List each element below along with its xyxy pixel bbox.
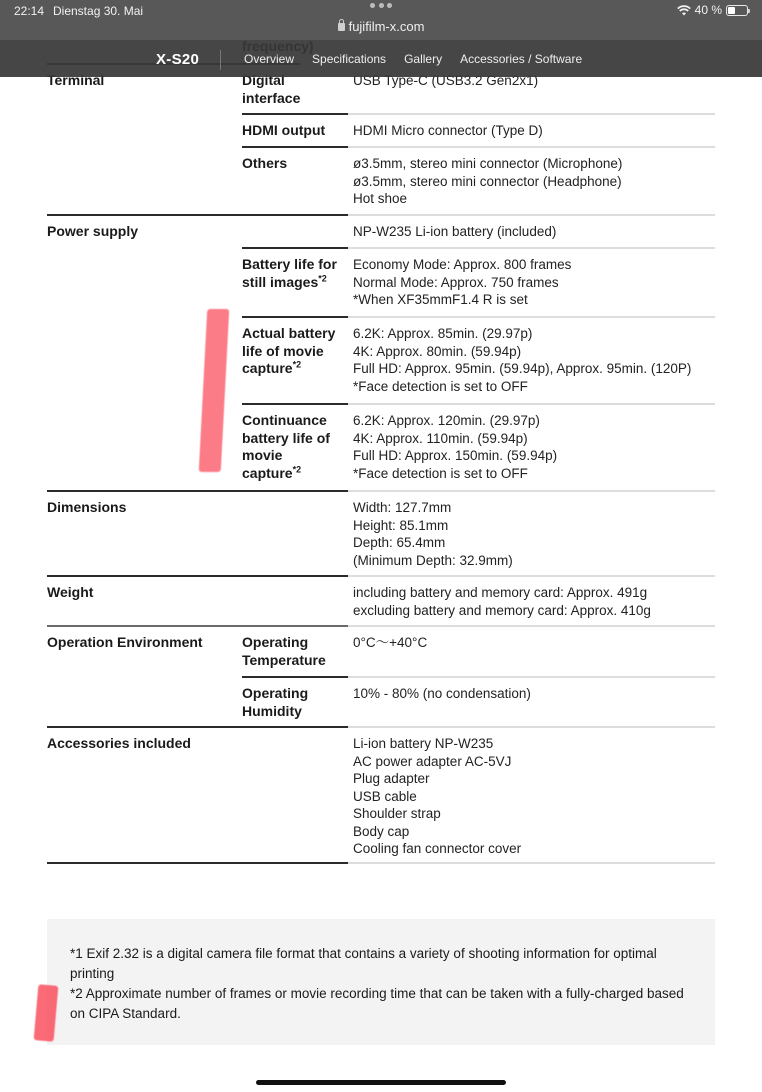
nav-accessories-software[interactable]: Accessories / Software bbox=[460, 52, 582, 66]
nav-specifications[interactable]: Specifications bbox=[312, 52, 386, 66]
spec-value: Li-ion battery NP-W235 AC power adapter … bbox=[353, 735, 521, 858]
spec-value: 6.2K: Approx. 85min. (29.97p) 4K: Approx… bbox=[353, 325, 691, 395]
value-line: including battery and memory card: Appro… bbox=[353, 584, 651, 602]
value-line: *Face detection is set to OFF bbox=[353, 465, 557, 483]
row-divider bbox=[242, 247, 348, 249]
address-bar[interactable]: fujifilm-x.com bbox=[0, 19, 762, 34]
row-divider bbox=[47, 490, 348, 492]
sub-label: Others bbox=[242, 155, 342, 173]
value-line: (Minimum Depth: 32.9mm) bbox=[353, 552, 513, 570]
row-divider bbox=[348, 676, 715, 678]
footnotes-box: *1 Exif 2.32 is a digital camera file fo… bbox=[47, 919, 715, 1045]
footnote-1: *1 Exif 2.32 is a digital camera file fo… bbox=[70, 944, 690, 984]
value-line: Width: 127.7mm bbox=[353, 499, 513, 517]
date: Dienstag 30. Mai bbox=[53, 4, 143, 18]
spec-value: ø3.5mm, stereo mini connector (Microphon… bbox=[353, 155, 622, 208]
lock-icon bbox=[338, 23, 345, 31]
spec-label: Dimensions bbox=[47, 499, 126, 517]
home-indicator[interactable] bbox=[256, 1080, 506, 1085]
row-divider bbox=[348, 862, 715, 864]
highlighter-mark bbox=[199, 309, 230, 472]
footnote-2: *2 Approximate number of frames or movie… bbox=[70, 984, 690, 1024]
url-text: fujifilm-x.com bbox=[349, 19, 425, 34]
row-divider bbox=[348, 247, 715, 249]
more-dots-icon[interactable] bbox=[370, 3, 392, 8]
row-divider bbox=[348, 490, 715, 492]
row-divider bbox=[348, 214, 715, 216]
value-line: Body cap bbox=[353, 823, 521, 841]
sub-label: Actual battery life of movie capture*2 bbox=[242, 325, 342, 378]
product-nav: X-S20 Overview Specifications Gallery Ac… bbox=[0, 40, 762, 77]
value-line: *When XF35mmF1.4 R is set bbox=[353, 291, 571, 309]
row-divider bbox=[348, 575, 715, 577]
value-line: Shoulder strap bbox=[353, 805, 521, 823]
row-divider bbox=[47, 625, 348, 627]
spec-value: Width: 127.7mm Height: 85.1mm Depth: 65.… bbox=[353, 499, 513, 569]
value-line: Full HD: Approx. 95min. (59.94p), Approx… bbox=[353, 360, 691, 378]
sub-label: HDMI output bbox=[242, 122, 342, 140]
value-line: 4K: Approx. 80min. (59.94p) bbox=[353, 343, 691, 361]
row-divider bbox=[242, 316, 348, 318]
nav-gallery[interactable]: Gallery bbox=[404, 52, 442, 66]
spec-value: 6.2K: Approx. 120min. (29.97p) 4K: Appro… bbox=[353, 412, 557, 482]
value-line: 4K: Approx. 110min. (59.94p) bbox=[353, 430, 557, 448]
spec-label: Operation Environment bbox=[47, 634, 203, 652]
value-line: excluding battery and memory card: Appro… bbox=[353, 602, 651, 620]
row-divider bbox=[47, 862, 348, 864]
value-line: Plug adapter bbox=[353, 770, 521, 788]
nav-divider bbox=[220, 50, 221, 70]
value-line: ø3.5mm, stereo mini connector (Headphone… bbox=[353, 173, 622, 191]
row-divider bbox=[242, 403, 348, 405]
spec-label: Weight bbox=[47, 584, 93, 602]
value-line: Height: 85.1mm bbox=[353, 517, 513, 535]
sub-label: Battery life for still images*2 bbox=[242, 256, 342, 291]
spec-value: Economy Mode: Approx. 800 frames Normal … bbox=[353, 256, 571, 309]
row-divider bbox=[242, 146, 348, 148]
row-divider bbox=[242, 676, 348, 678]
value-line: 6.2K: Approx. 85min. (29.97p) bbox=[353, 325, 691, 343]
row-divider bbox=[348, 316, 715, 318]
battery-percent: 40 % bbox=[695, 3, 722, 17]
value-line: Hot shoe bbox=[353, 190, 622, 208]
row-divider bbox=[47, 575, 348, 577]
product-model[interactable]: X-S20 bbox=[156, 51, 199, 68]
spec-label: Power supply bbox=[47, 223, 138, 241]
row-divider bbox=[242, 113, 348, 115]
value-line: 6.2K: Approx. 120min. (29.97p) bbox=[353, 412, 557, 430]
row-divider bbox=[348, 146, 715, 148]
spec-label: Accessories included bbox=[47, 735, 191, 753]
spec-value: 0°C〜+40°C bbox=[353, 634, 427, 652]
sub-label: Digital interface bbox=[242, 72, 342, 107]
spec-value: including battery and memory card: Appro… bbox=[353, 584, 651, 619]
value-line: *Face detection is set to OFF bbox=[353, 378, 691, 396]
spec-value: 10% - 80% (no condensation) bbox=[353, 685, 531, 703]
row-divider bbox=[348, 625, 715, 627]
wifi-icon bbox=[677, 5, 691, 16]
value-line: Full HD: Approx. 150min. (59.94p) bbox=[353, 447, 557, 465]
status-bar: 22:14 Dienstag 30. Mai fujifilm-x.com 40… bbox=[0, 0, 762, 40]
sub-label: Operating Temperature bbox=[242, 634, 342, 669]
value-line: USB cable bbox=[353, 788, 521, 806]
spec-value: NP-W235 Li-ion battery (included) bbox=[353, 223, 556, 241]
value-line: Economy Mode: Approx. 800 frames bbox=[353, 256, 571, 274]
value-line: Normal Mode: Approx. 750 frames bbox=[353, 274, 571, 292]
row-divider bbox=[348, 403, 715, 405]
row-divider bbox=[47, 726, 348, 728]
sub-label: Continuance battery life of movie captur… bbox=[242, 412, 342, 482]
value-line: AC power adapter AC-5VJ bbox=[353, 753, 521, 771]
battery-icon bbox=[726, 5, 748, 16]
value-line: Cooling fan connector cover bbox=[353, 840, 521, 858]
value-line: Depth: 65.4mm bbox=[353, 534, 513, 552]
nav-overview[interactable]: Overview bbox=[244, 52, 294, 66]
value-line: Li-ion battery NP-W235 bbox=[353, 735, 521, 753]
row-divider bbox=[348, 726, 715, 728]
row-divider bbox=[47, 214, 348, 216]
value-line: ø3.5mm, stereo mini connector (Microphon… bbox=[353, 155, 622, 173]
spec-value: HDMI Micro connector (Type D) bbox=[353, 122, 543, 140]
sub-label: Operating Humidity bbox=[242, 685, 342, 720]
clock: 22:14 bbox=[14, 4, 44, 18]
row-divider bbox=[348, 113, 715, 115]
